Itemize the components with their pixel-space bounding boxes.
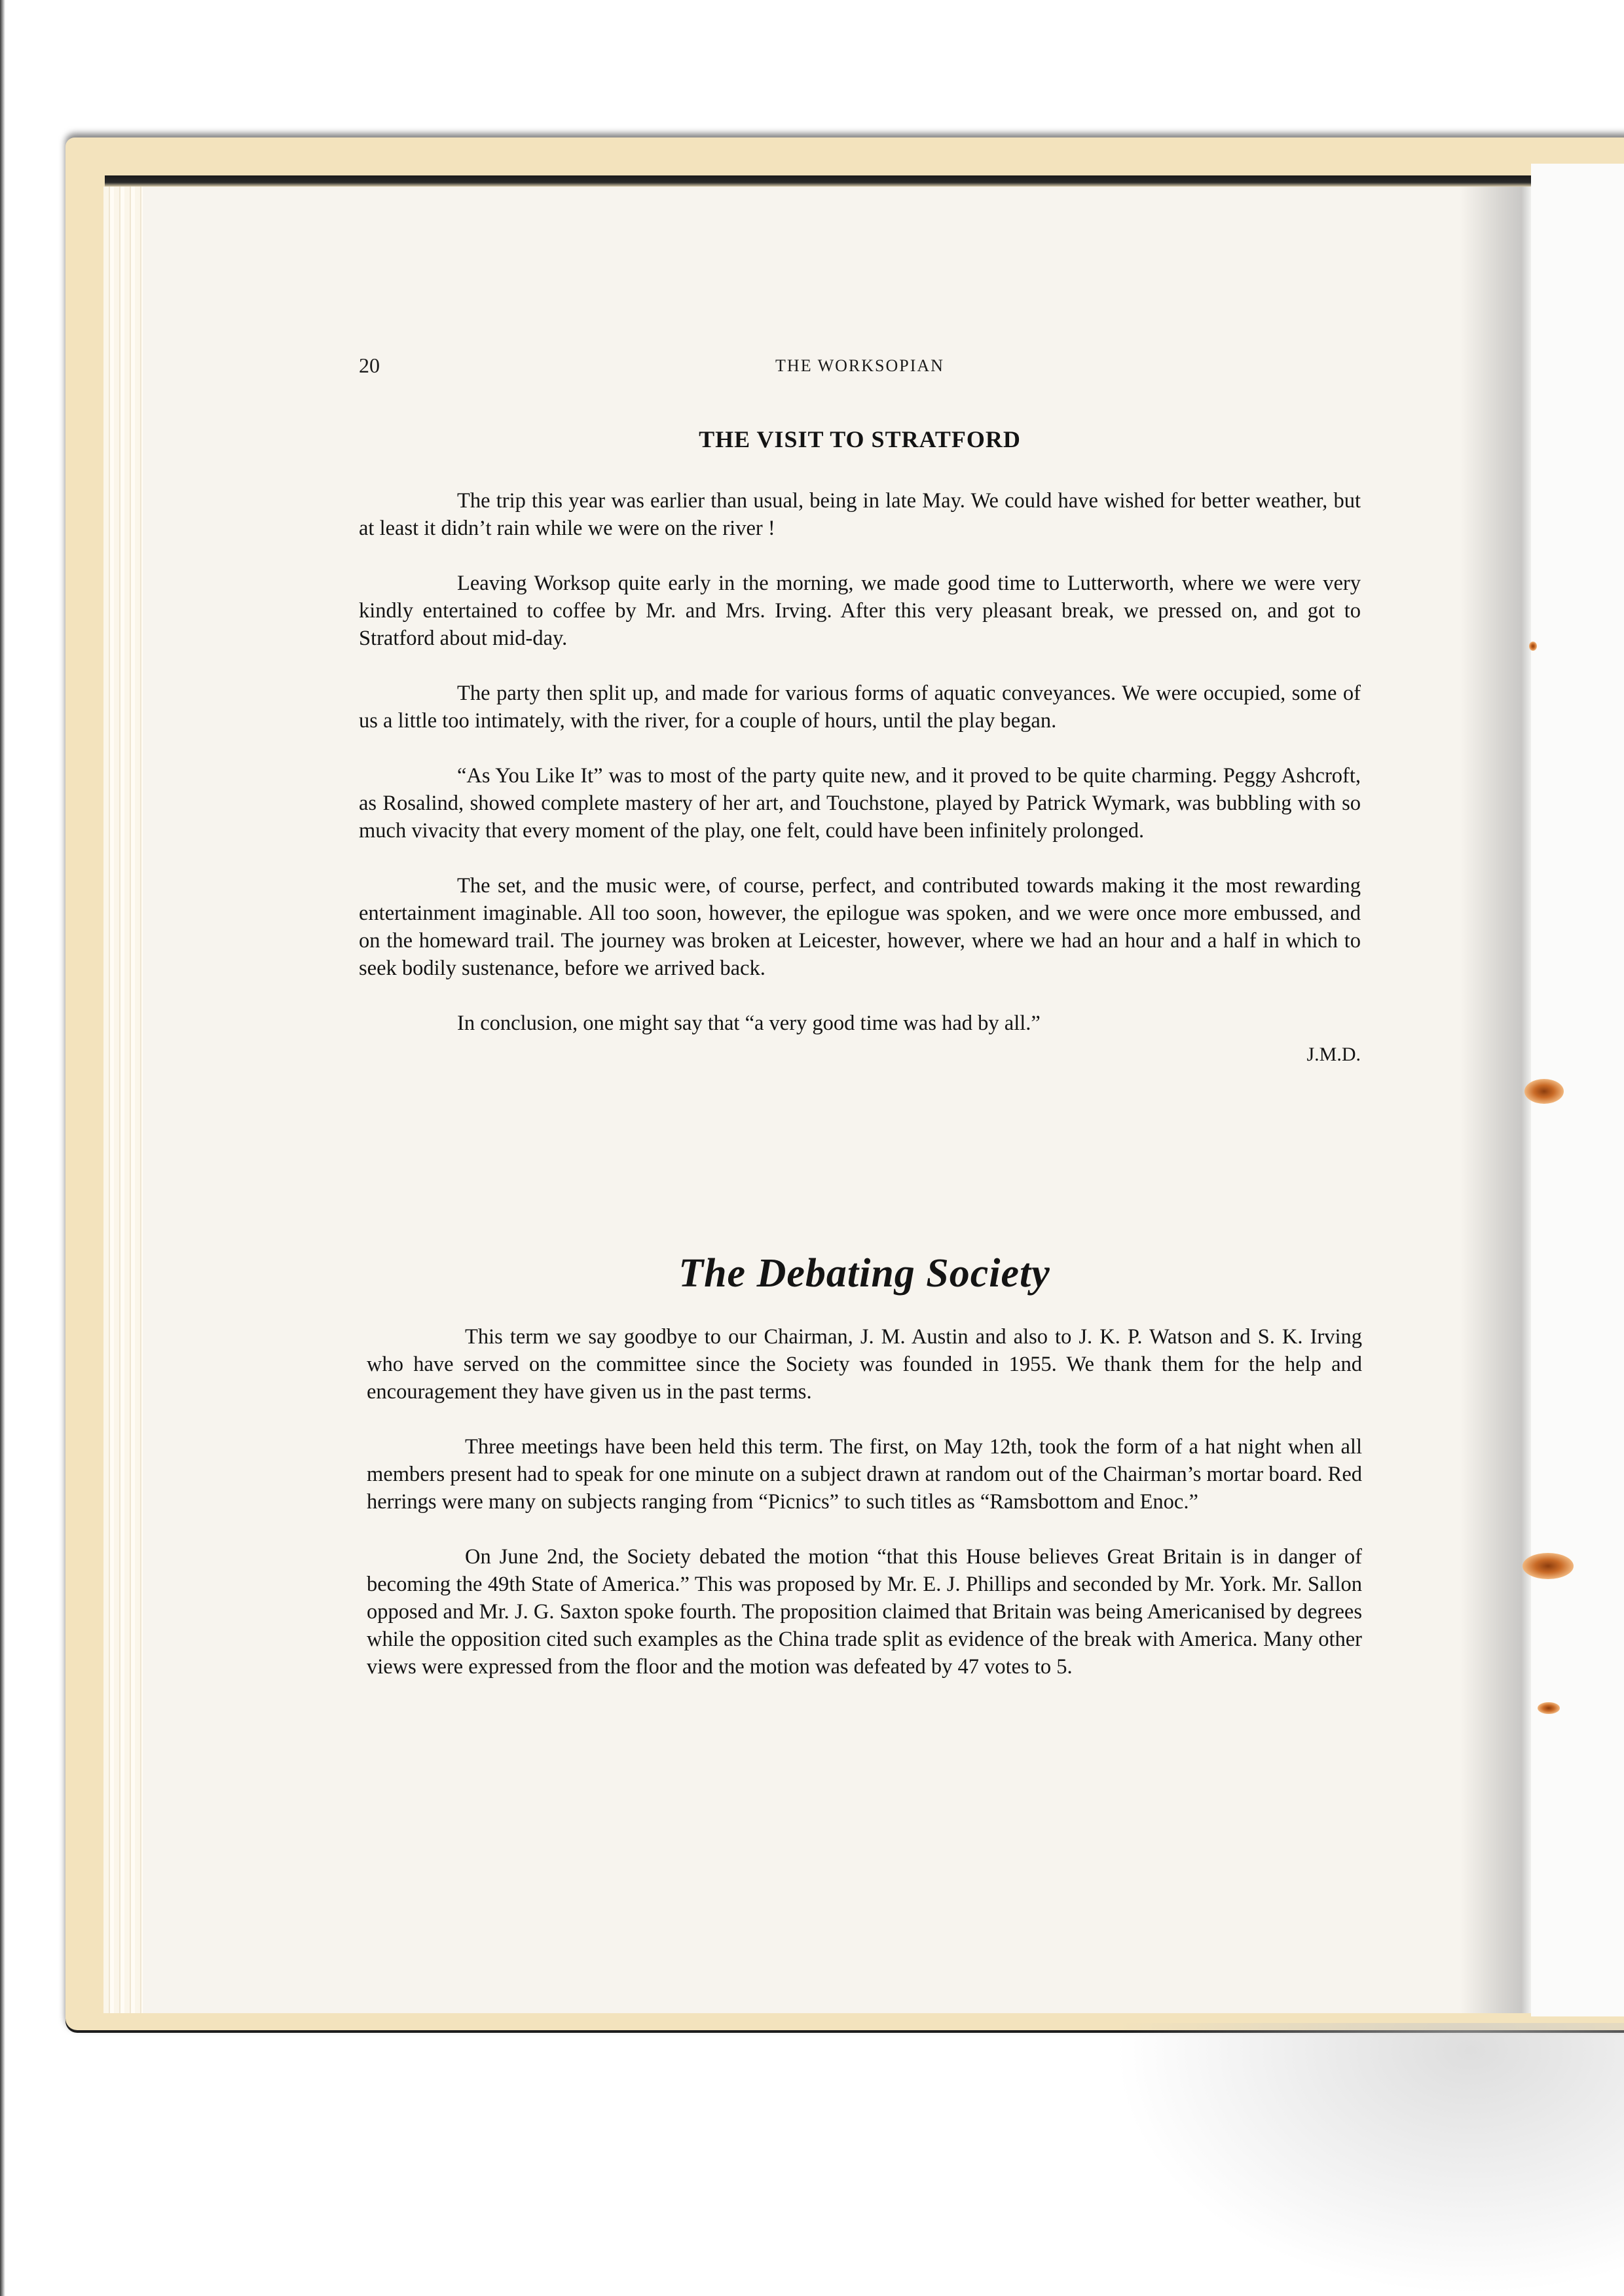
debating-article: The Debating Society This term we say go… xyxy=(367,1250,1362,1708)
paragraph: “As You Like It” was to most of the part… xyxy=(359,762,1361,845)
paragraph: This term we say goodbye to our Chairman… xyxy=(367,1323,1362,1406)
stain-mark xyxy=(1538,1702,1560,1714)
stain-mark xyxy=(1529,642,1537,651)
paragraph: The party then split up, and made for va… xyxy=(359,680,1361,735)
stain-mark xyxy=(1522,1553,1574,1579)
running-head: 20 THE WORKSOPIAN xyxy=(359,354,1361,380)
scanner-edge xyxy=(0,0,5,2296)
gutter-shadow xyxy=(1460,187,1532,2013)
paragraph: In conclusion, one might say that “a ver… xyxy=(359,1010,1361,1037)
author-signature: J.M.D. xyxy=(359,1044,1361,1066)
stratford-article: THE VISIT TO STRATFORD The trip this yea… xyxy=(359,426,1361,1066)
scan-shadow xyxy=(1113,2023,1624,2296)
paragraph: The set, and the music were, of course, … xyxy=(359,872,1361,982)
page-edges xyxy=(103,187,143,2013)
paragraph: Three meetings have been held this term.… xyxy=(367,1433,1362,1516)
stain-mark xyxy=(1524,1079,1564,1104)
article-title: THE VISIT TO STRATFORD xyxy=(359,426,1361,453)
journal-title: THE WORKSOPIAN xyxy=(359,356,1361,376)
cover-shadow xyxy=(105,175,1624,187)
paragraph: The trip this year was earlier than usua… xyxy=(359,487,1361,542)
paragraph: Leaving Worksop quite early in the morni… xyxy=(359,570,1361,652)
paragraph: On June 2nd, the Society debated the mot… xyxy=(367,1543,1362,1681)
article-title: The Debating Society xyxy=(367,1250,1362,1297)
